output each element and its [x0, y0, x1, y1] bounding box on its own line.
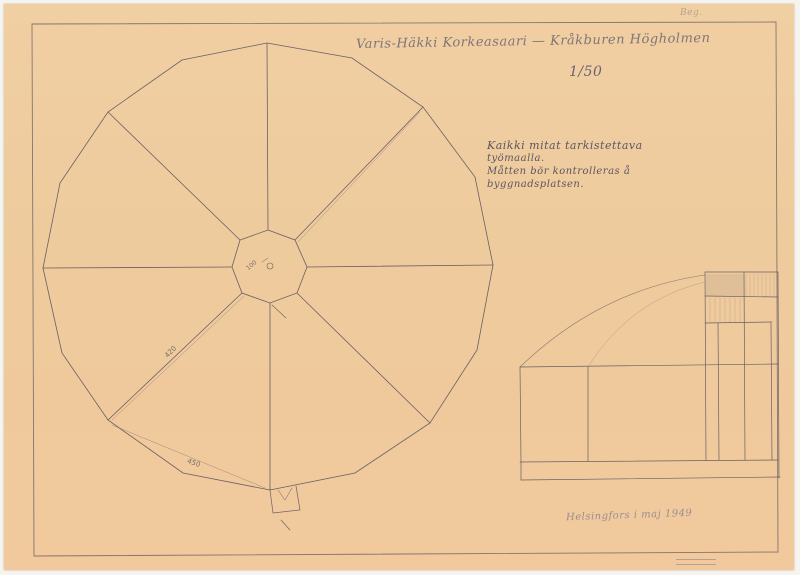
drawing-canvas	[4, 4, 794, 570]
measurement-note: Kaikki mitat tarkistettava työmaalla. Må…	[487, 139, 643, 191]
section-drawing	[520, 272, 780, 480]
inner-octagon	[232, 230, 307, 303]
outer-polygon	[43, 43, 493, 490]
drawing-scale: 1/50	[569, 64, 602, 80]
note-line: työmaalla.	[487, 152, 643, 165]
entrance-box	[270, 486, 300, 513]
note-line: Måtten bör kontrolleras å	[487, 165, 643, 178]
corner-mark: Beg.	[680, 8, 703, 18]
note-line: Kaikki mitat tarkistettava	[487, 139, 643, 152]
note-line: byggnadsplatsen.	[487, 178, 643, 191]
drawing-sheet: Beg. Varis-Häkki Korkeasaari — Kråkburen…	[4, 4, 794, 570]
archive-stamp	[676, 559, 716, 565]
sheet-frame	[32, 22, 778, 556]
